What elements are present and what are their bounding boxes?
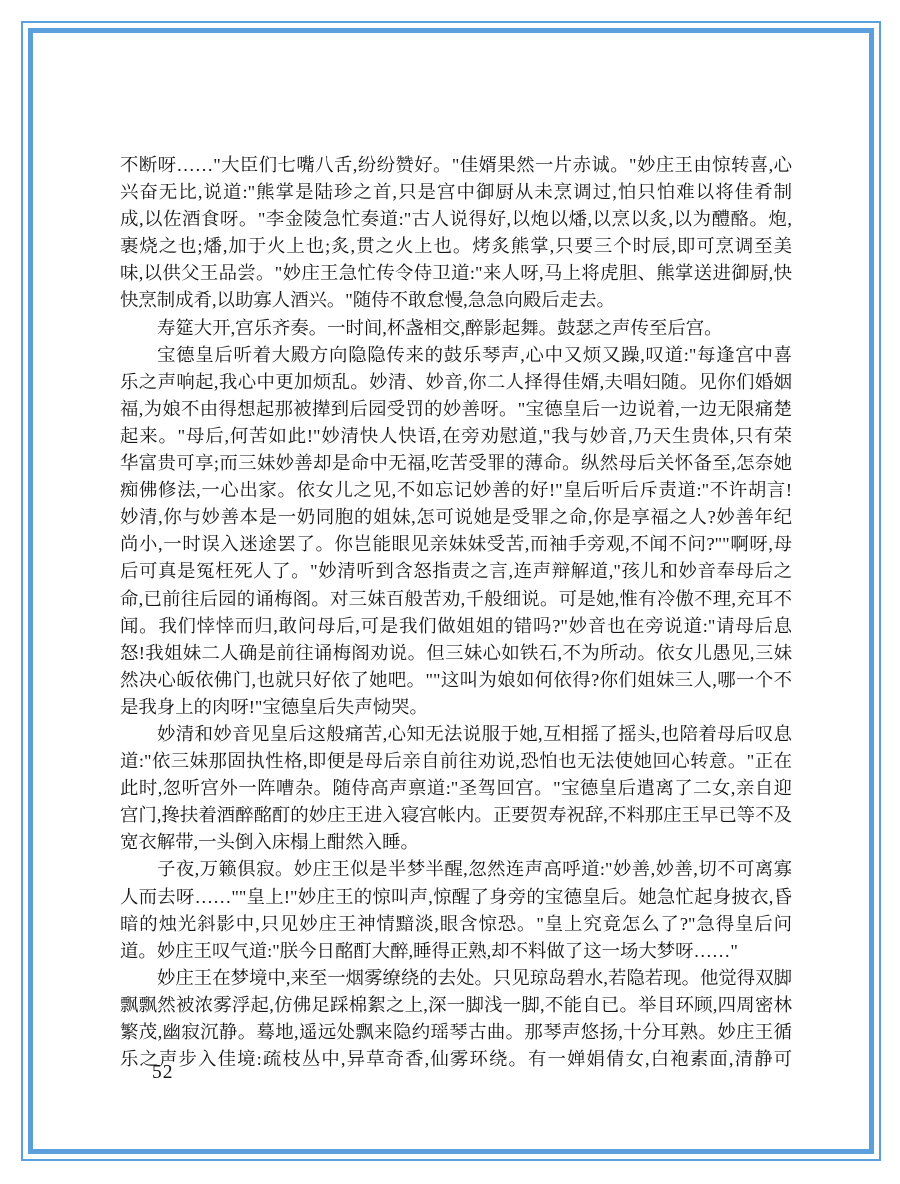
text-line: 后可真是冤枉死人了。"妙清听到含怒指责之言,连声辩解道,"孩儿和妙音奉母后之: [120, 558, 792, 585]
text-line: 宽衣解带,一头倒入床榻上酣然入睡。: [120, 829, 792, 856]
text-line: 子夜,万籁俱寂。妙庄王似是半梦半醒,忽然连声高呼道:"妙善,妙善,切不可离寡: [120, 856, 792, 883]
text-line: 成,以佐酒食呀。"李金陵急忙奏道:"古人说得好,以炮以燔,以烹以炙,以为醴酪。炮…: [120, 206, 792, 233]
page-number: 52: [152, 1062, 174, 1084]
book-page: 不断呀……"大臣们七嘴八舌,纷纷赞好。"佳婿果然一片赤诚。"妙庄王由惊转喜,心中…: [0, 0, 900, 1184]
body-text: 不断呀……"大臣们七嘴八舌,纷纷赞好。"佳婿果然一片赤诚。"妙庄王由惊转喜,心中…: [120, 152, 792, 1073]
text-line: 乐之声响起,我心中更加烦乱。妙清、妙音,你二人择得佳婿,夫唱妇随。见你们婚姻幸: [120, 369, 792, 396]
text-line: 繁茂,幽寂沉静。蓦地,遥远处飘来隐约瑶琴古曲。那琴声悠扬,十分耳熟。妙庄王循曲: [120, 1019, 792, 1046]
text-line: 妙庄王在梦境中,来至一烟雾缭绕的去处。只见琼岛碧水,若隐若现。他觉得双脚: [120, 965, 792, 992]
text-line: 暗的烛光斜影中,只见妙庄王神情黯淡,眼含惊恐。"皇上究竟怎么了?"急得皇后问: [120, 911, 792, 938]
text-line: 痴佛修法,一心出家。依女儿之见,不如忘记妙善的好!"皇后听后斥责道:"不许胡言!: [120, 477, 792, 504]
text-line: 起来。"母后,何苦如此!"妙清快人快语,在旁劝慰道,"我与妙音,乃天生贵体,只有…: [120, 423, 792, 450]
text-line: 寿筵大开,宫乐齐奏。一时间,杯盏相交,醉影起舞。鼓瑟之声传至后宫。: [120, 315, 792, 342]
text-line: 福,为娘不由得想起那被撵到后园受罚的妙善呀。"宝德皇后一边说着,一边无限痛楚: [120, 396, 792, 423]
text-line: 快烹制成肴,以助寡人酒兴。"随侍不敢怠慢,急急向殿后走去。: [120, 287, 792, 314]
text-line: 闻。我们悻悻而归,敢问母后,可是我们做姐姐的错吗?"妙音也在旁说道:"请母后息: [120, 613, 792, 640]
text-line: 道:"依三妹那固执性格,即便是母后亲自前往劝说,恐怕也无法使她回心转意。"正在: [120, 748, 792, 775]
text-line: 是我身上的肉呀!"宝德皇后失声恸哭。: [120, 694, 792, 721]
text-line: 此时,忽听宫外一阵嘈杂。随侍高声禀道:"圣驾回宫。"宝德皇后遣离了二女,亲自迎出: [120, 775, 792, 802]
text-line: 裹烧之也;燔,加于火上也;炙,贯之火上也。烤炙熊掌,只要三个时辰,即可烹调至美: [120, 233, 792, 260]
text-line: 宫门,搀扶着酒醉酩酊的妙庄王进入寝宫帐内。正要贺寿祝辞,不料那庄王早已等不及: [120, 802, 792, 829]
text-line: 华富贵可享;而三妹妙善却是命中无福,吃苦受罪的薄命。纵然母后关怀备至,怎奈她: [120, 450, 792, 477]
text-line: 兴奋无比,说道:"熊掌是陆珍之首,只是宫中御厨从未烹调过,怕只怕难以将佳肴制: [120, 179, 792, 206]
text-line: 命,已前往后园的诵梅阁。对三妹百般苦劝,千般细说。可是她,惟有冷傲不理,充耳不: [120, 586, 792, 613]
text-line: 妙清和妙音见皇后这般痛苦,心知无法说服于她,互相摇了摇头,也陪着母后叹息: [120, 721, 792, 748]
text-line: 尚小,一时误入迷途罢了。你岂能眼见亲妹妹受苦,而袖手旁观,不闻不问?""啊呀,母: [120, 531, 792, 558]
text-line: 宝德皇后听着大殿方向隐隐传来的鼓乐琴声,心中又烦又躁,叹道:"每逢宫中喜: [120, 342, 792, 369]
text-line: 怒!我姐妹二人确是前往诵梅阁劝说。但三妹心如铁石,不为所动。依女儿愚见,三妹既: [120, 640, 792, 667]
text-line: 然决心皈依佛门,也就只好依了她吧。""这叫为娘如何依得?你们姐妹三人,哪一个不: [120, 667, 792, 694]
text-line: 妙清,你与妙善本是一奶同胞的姐妹,怎可说她是受罪之命,你是享福之人?妙善年纪: [120, 504, 792, 531]
text-line: 飘飘然被浓雾浮起,仿佛足踩棉絮之上,深一脚浅一脚,不能自已。举目环顾,四周密林: [120, 992, 792, 1019]
text-line: 道。妙庄王叹气道:"朕今日酩酊大醉,睡得正熟,却不料做了这一场大梦呀……": [120, 938, 792, 965]
text-line: 不断呀……"大臣们七嘴八舌,纷纷赞好。"佳婿果然一片赤诚。"妙庄王由惊转喜,心中: [120, 152, 792, 179]
text-line: 乐之声步入佳境:疏枝丛中,异草奇香,仙雾环绕。有一婵娟倩女,白袍素面,清静可: [120, 1046, 792, 1073]
text-line: 味,以供父王品尝。"妙庄王急忙传令侍卫道:"来人呀,马上将虎胆、熊掌送进御厨,快: [120, 260, 792, 287]
text-line: 人而去呀……""皇上!"妙庄王的惊叫声,惊醒了身旁的宝德皇后。她急忙起身披衣,昏: [120, 884, 792, 911]
